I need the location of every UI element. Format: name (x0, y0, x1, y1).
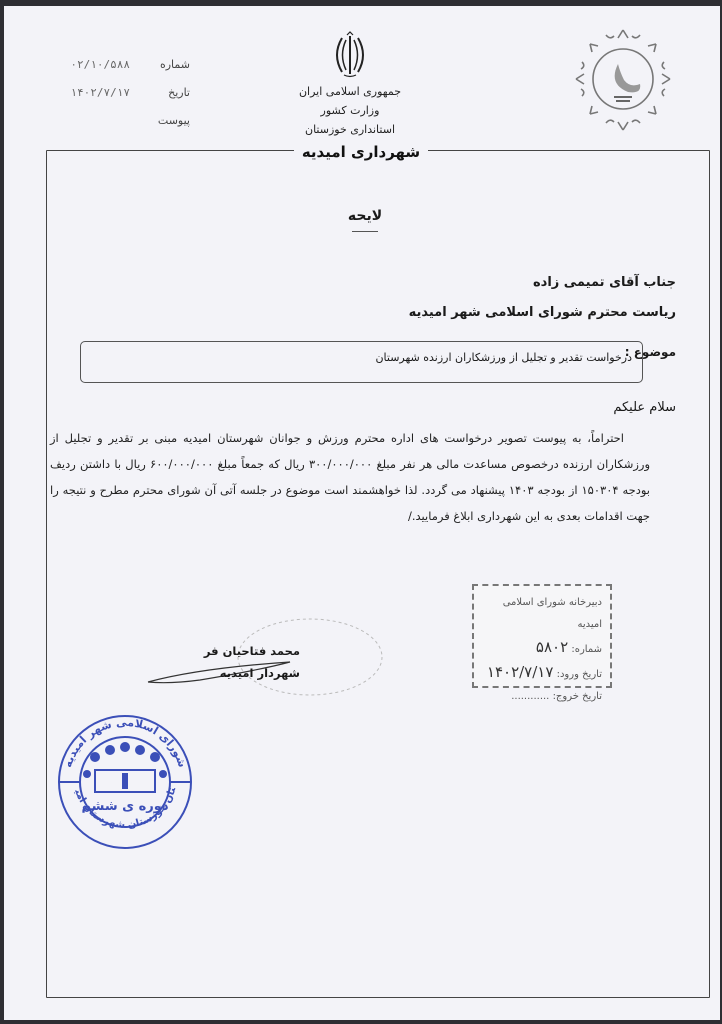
subject-text: درخواست تقدیر و تجلیل از ورزشکاران ارزند… (375, 351, 632, 364)
addressee-name: جناب آقای تمیمی زاده (409, 268, 676, 298)
meta-attachment-label: پیوست (144, 114, 190, 127)
greeting: سلام علیکم (613, 400, 676, 415)
header-line-country: جمهوری اسلامی ایران (260, 82, 440, 101)
registration-stamp: دبیرخانه شورای اسلامی امیدیه شماره: ۵۸۰۲… (472, 584, 612, 688)
signature-block: محمد فتاحیان فر شهردار امیدیه (170, 640, 300, 684)
document-title: لایحه (340, 208, 390, 224)
iran-emblem-icon (330, 30, 370, 80)
stamp-entry-row: تاریخ ورود: ۱۴۰۲/۷/۱۷ (482, 661, 602, 686)
signatory-title: شهردار امیدیه (170, 662, 300, 684)
meta-row-number: شماره ۰۲/۱۰/۵۸۸ (30, 50, 190, 78)
stamp-exit-row: تاریخ خروج: ............ (482, 686, 602, 708)
subject-box: درخواست تقدیر و تجلیل از ورزشکاران ارزند… (80, 341, 643, 383)
letter-meta: شماره ۰۲/۱۰/۵۸۸ تاریخ ۱۴۰۲/۷/۱۷ پیوست (30, 50, 190, 134)
org-title-text: شهرداری امیدیه (294, 143, 428, 161)
header-line-province: استانداری خوزستان (260, 120, 440, 139)
meta-row-attachment: پیوست (30, 106, 190, 134)
meta-date-value: ۱۴۰۲/۷/۱۷ (70, 86, 130, 99)
header-lines: جمهوری اسلامی ایران وزارت کشور استانداری… (260, 82, 440, 139)
signatory-name: محمد فتاحیان فر (170, 640, 300, 662)
meta-number-label: شماره (144, 58, 190, 71)
stamp-number-row: شماره: ۵۸۰۲ (482, 636, 602, 661)
body-text: احتراماً، به پیوست تصویر درخواست های ادا… (50, 425, 650, 529)
meta-number-value: ۰۲/۱۰/۵۸۸ (70, 58, 130, 71)
meta-date-label: تاریخ (144, 86, 190, 99)
stamp-exit-value: ............ (511, 691, 549, 702)
org-title: شهرداری امیدیه (0, 143, 722, 161)
stamp-number-label: شماره: (571, 644, 602, 655)
title-underline (352, 231, 378, 232)
council-seal-icon: دوره ی ششم شورای اسلامی شهر امیدیه استان… (55, 712, 195, 852)
omidiyeh-municipality-logo-icon (568, 22, 678, 137)
stamp-heading: دبیرخانه شورای اسلامی امیدیه (482, 592, 602, 636)
stamp-entry-value: ۱۴۰۲/۷/۱۷ (487, 663, 554, 681)
addressee-position: ریاست محترم شورای اسلامی شهر امیدیه (409, 298, 676, 328)
meta-row-date: تاریخ ۱۴۰۲/۷/۱۷ (30, 78, 190, 106)
stamp-entry-label: تاریخ ورود: (557, 669, 602, 680)
addressee: جناب آقای تمیمی زاده ریاست محترم شورای ا… (409, 268, 676, 328)
header-line-ministry: وزارت کشور (260, 101, 440, 120)
body-paragraph: احتراماً، به پیوست تصویر درخواست های ادا… (50, 425, 650, 529)
stamp-exit-label: تاریخ خروج: (553, 691, 602, 702)
stamp-number-value: ۵۸۰۲ (536, 638, 568, 656)
